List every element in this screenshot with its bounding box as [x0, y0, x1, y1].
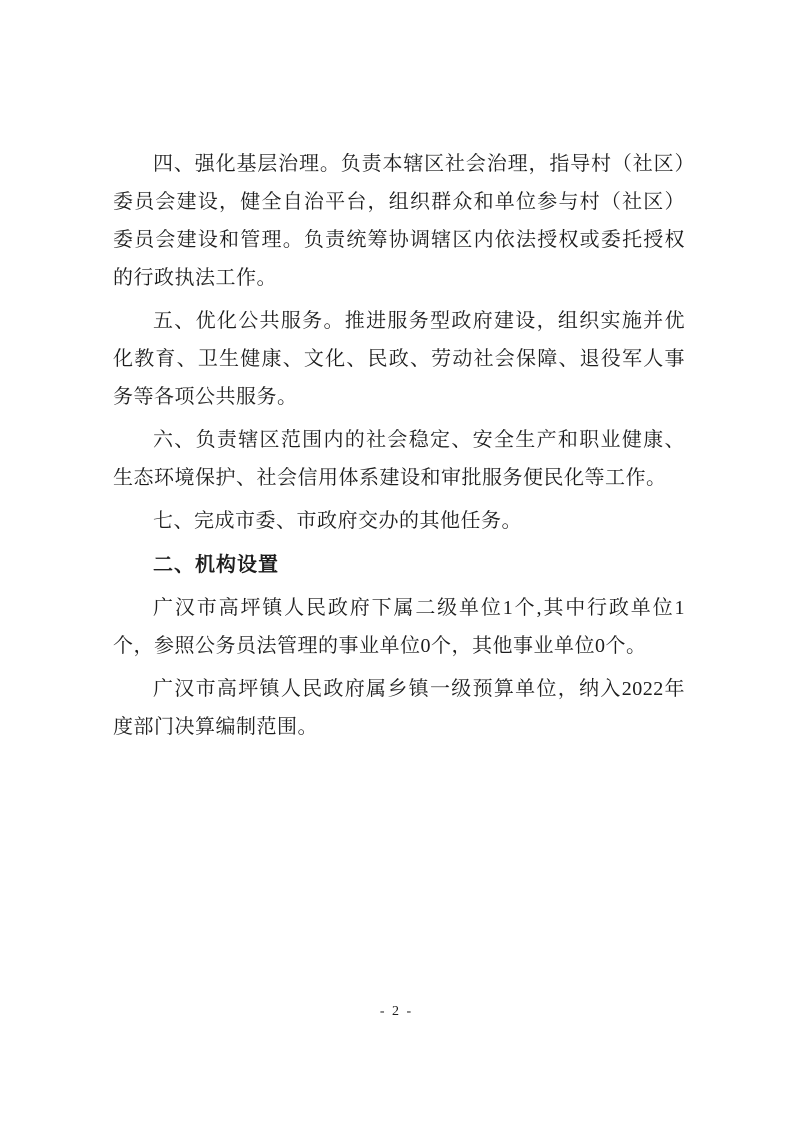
paragraph-duty-7-other-tasks: 七、完成市委、市政府交办的其他任务。 [113, 502, 685, 540]
page-number: - 2 - [380, 1004, 413, 1019]
paragraph-subordinate-units: 广汉市高坪镇人民政府下属二级单位1个,其中行政单位1个，参照公务员法管理的事业单… [113, 589, 685, 665]
section-heading-organization-setup: 二、机构设置 [113, 546, 685, 584]
paragraph-duty-5-public-services: 五、优化公共服务。推进服务型政府建设，组织实施并优化教育、卫生健康、文化、民政、… [113, 302, 685, 416]
paragraph-duty-4-grassroots-governance: 四、强化基层治理。负责本辖区社会治理，指导村（社区）委员会建设，健全自治平台，组… [113, 145, 685, 297]
document-page: 四、强化基层治理。负责本辖区社会治理，指导村（社区）委员会建设，健全自治平台，组… [0, 0, 793, 1122]
page-footer: - 2 - [0, 1002, 793, 1020]
paragraph-duty-6-social-stability: 六、负责辖区范围内的社会稳定、安全生产和职业健康、生态环境保护、社会信用体系建设… [113, 421, 685, 497]
paragraph-budget-unit-scope: 广汉市高坪镇人民政府属乡镇一级预算单位，纳入2022年度部门决算编制范围。 [113, 670, 685, 746]
document-body: 四、强化基层治理。负责本辖区社会治理，指导村（社区）委员会建设，健全自治平台，组… [113, 145, 685, 746]
